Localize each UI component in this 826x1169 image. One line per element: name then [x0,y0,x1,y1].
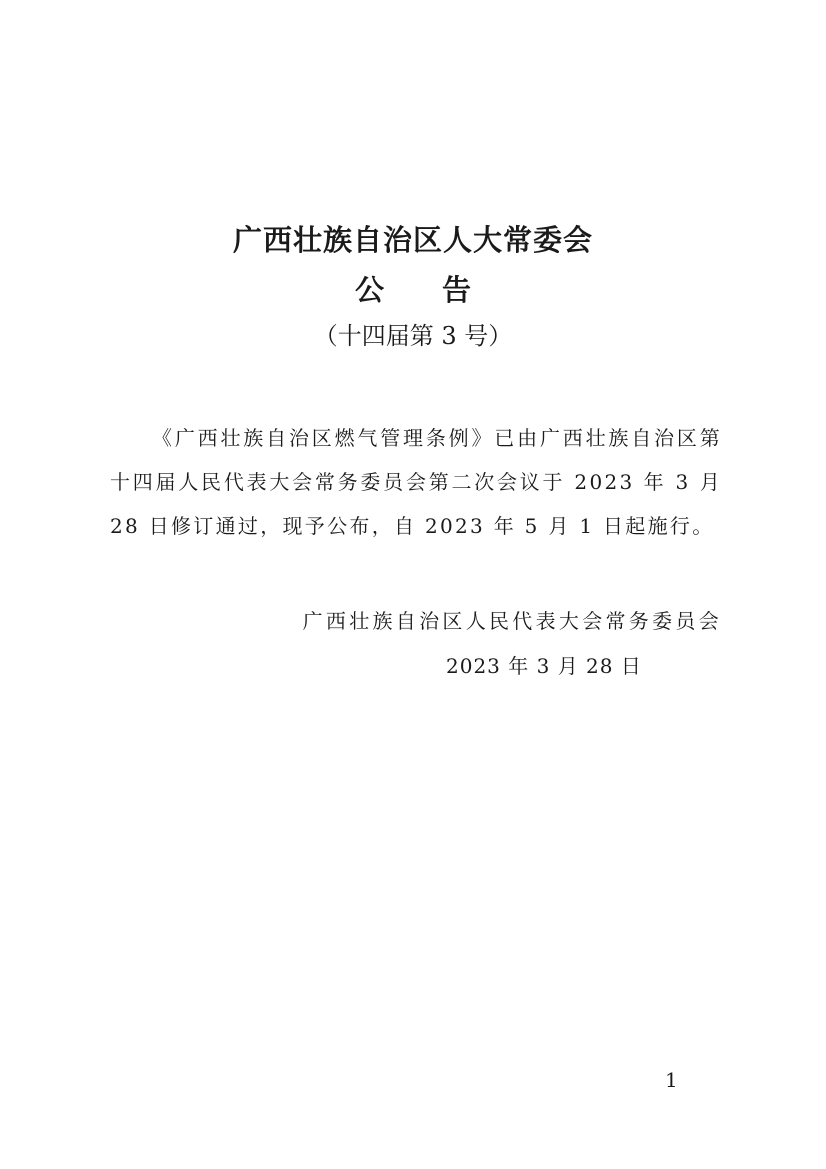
subtitle-char-1: 公 [355,273,384,307]
issue-date: 2023 年 3 月 28 日 [446,650,642,679]
document-subtitle: 公告 [0,268,826,309]
issue-number: （十四届第 3 号） [0,316,826,351]
page-number: 1 [665,1068,678,1092]
announcement-body: 《广西壮族自治区燃气管理条例》已由广西壮族自治区第十四届人民代表大会常务委员会第… [110,416,722,548]
issuer-signature: 广西壮族自治区人民代表大会常务委员会 [303,605,722,634]
subtitle-char-2: 告 [442,273,471,307]
document-title: 广西壮族自治区人大常委会 [0,218,826,259]
document-page: 广西壮族自治区人大常委会 公告 （十四届第 3 号） 《广西壮族自治区燃气管理条… [0,0,826,1169]
